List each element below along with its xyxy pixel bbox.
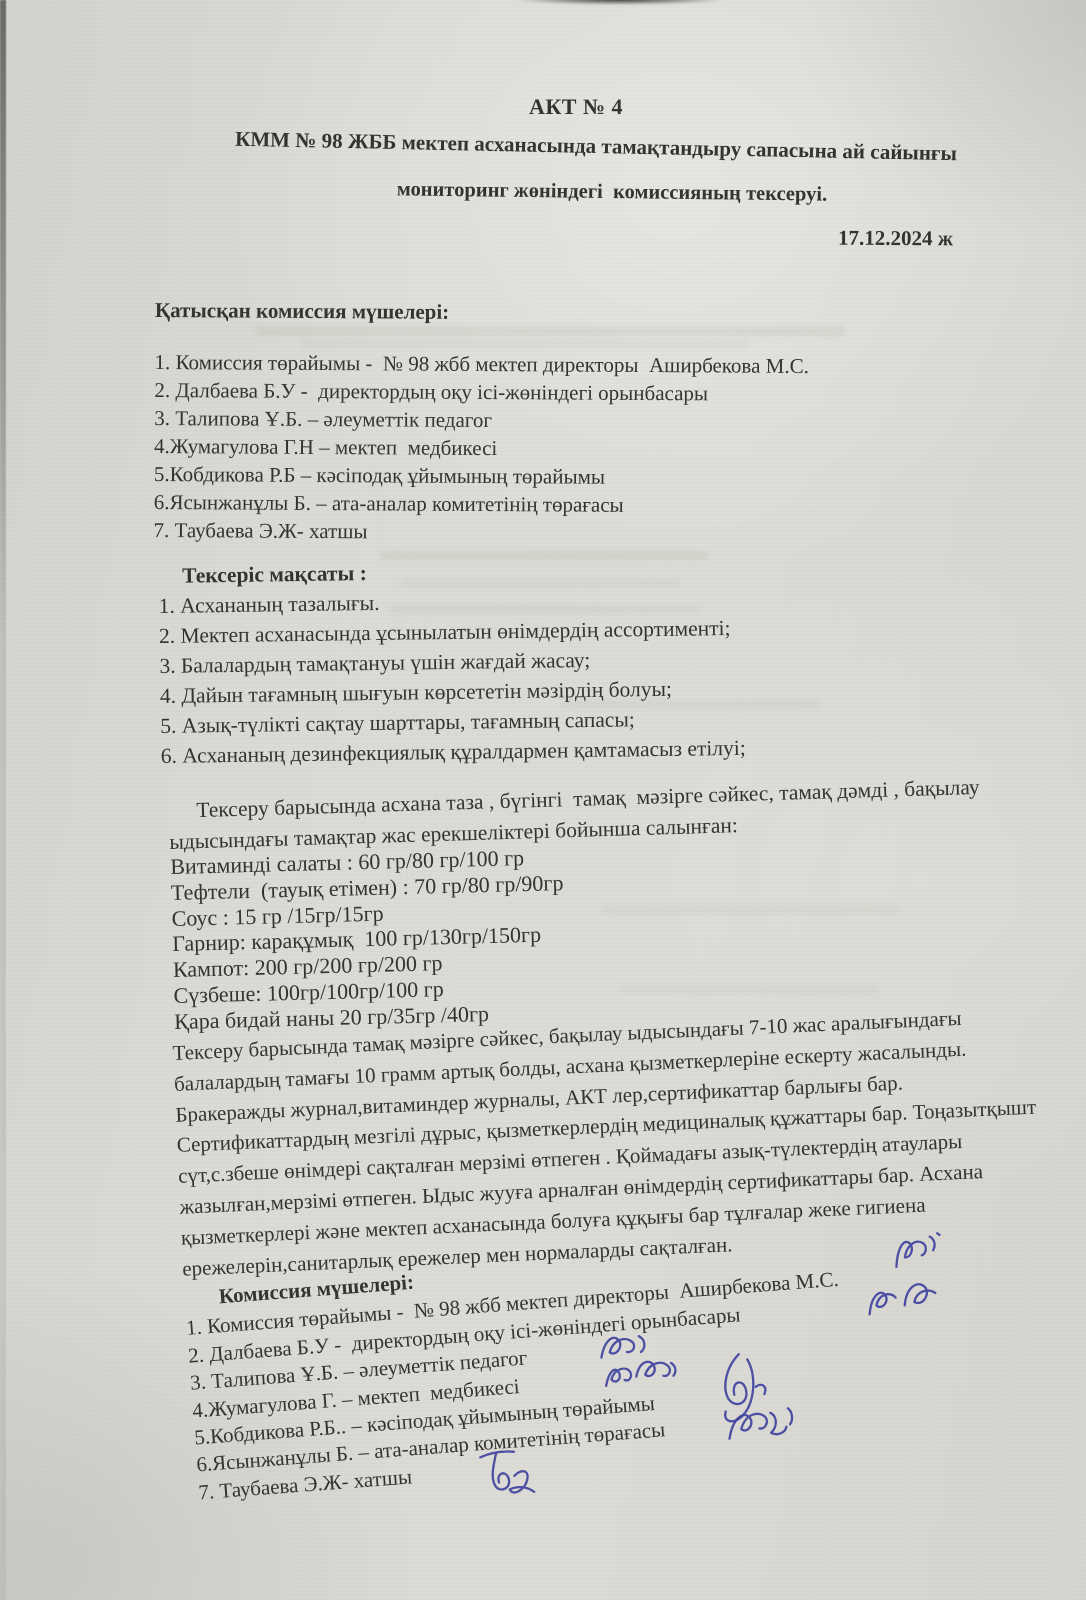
attendee-item: 4.Жумагулова Г.Н – мектеп медбикесі: [154, 432, 808, 464]
signature-ink-4: [598, 1348, 687, 1399]
document-page: АКТ № 4 КММ № 98 ЖББ мектеп асханасында …: [0, 0, 1086, 1600]
signature-ink-6: [717, 1392, 809, 1458]
document-title-line-1: КММ № 98 ЖББ мектеп асханасында тамақтан…: [106, 124, 1086, 169]
attendee-item: 3. Талипова Ұ.Б. – әлеуметтік педагог: [154, 404, 808, 436]
bleed-through-ghost: [600, 905, 900, 914]
attendee-item: 1. Комиссия төрайымы - № 98 жбб мектеп д…: [155, 348, 809, 380]
attendee-item: 5.Кобдикова Р.Б – кәсіподақ ұйымының төр…: [154, 460, 808, 492]
signature-ink-2: [857, 1273, 942, 1329]
document-title-line-2: мониторинг жөніндегі комиссияның тексеру…: [122, 175, 1086, 210]
bleed-through-ghost: [620, 985, 880, 993]
page-edge-shadow: [0, 0, 6, 1600]
attendee-item: 6.Ясынжанұлы Б. – ата-аналар комитетінің…: [154, 488, 808, 520]
attendee-item: 7. Таубаева Э.Ж- хатшы: [153, 516, 807, 548]
document-date: 17.12.2024 ж: [838, 226, 953, 252]
attendees-heading: Қатысқан комиссия мүшелері:: [155, 296, 809, 328]
scan-top-shadow: [462, 0, 778, 8]
inspection-purpose-section: Тексеріс мақсаты : 1. Асхананың тазалығы…: [158, 553, 746, 771]
attendees-section: Қатысқан комиссия мүшелері: 1. Комиссия …: [153, 296, 809, 548]
portion-menu-list: Витаминді салаты : 60 гр/80 гр/100 гр Те…: [170, 844, 567, 1034]
findings-intro: Тексеру барысында асхана таза , бүгінгі …: [168, 772, 981, 858]
signature-ink-7: [465, 1437, 561, 1506]
attendee-item: 2. Далбаева Б.У - директордың оқу ісі-жө…: [154, 376, 808, 408]
act-number: АКТ № 4: [66, 94, 1086, 120]
